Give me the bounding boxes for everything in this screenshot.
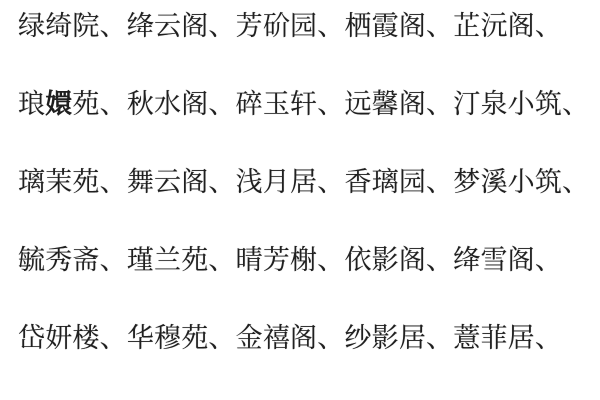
enumeration-comma: 、 [562, 169, 589, 196]
enumeration-comma: 、 [426, 247, 453, 274]
residence-name: 金禧阁 [236, 325, 318, 352]
residence-name: 香璃园 [344, 169, 426, 196]
residence-name: 薏菲居 [453, 325, 535, 352]
enumeration-comma: 、 [208, 247, 235, 274]
residence-name: 芷沅阁 [453, 13, 535, 40]
residence-name: 瑾兰苑 [127, 247, 209, 274]
enumeration-comma: 、 [317, 325, 344, 352]
residence-name-list: 绿绮院、绛云阁、芳砎园、栖霞阁、芷沅阁、琅嬛苑、秋水阁、碎玉轩、远馨阁、汀泉小筑… [18, 0, 594, 377]
enumeration-comma: 、 [100, 325, 127, 352]
enumeration-comma: 、 [426, 13, 453, 40]
enumeration-comma: 、 [317, 169, 344, 196]
residence-name: 琅嬛苑 [18, 91, 100, 118]
residence-name: 舞云阁 [127, 169, 209, 196]
residence-name: 毓秀斋 [18, 247, 100, 274]
enumeration-comma: 、 [208, 13, 235, 40]
enumeration-comma: 、 [100, 13, 127, 40]
enumeration-comma: 、 [208, 169, 235, 196]
residence-name: 华穆苑 [127, 325, 209, 352]
text-line: 岱妍楼、华穆苑、金禧阁、纱影居、薏菲居、 [18, 299, 594, 377]
enumeration-comma: 、 [426, 325, 453, 352]
residence-name: 梦溪小筑 [453, 169, 562, 196]
enumeration-comma: 、 [562, 91, 589, 118]
residence-name: 岱妍楼 [18, 325, 100, 352]
text-line: 毓秀斋、瑾兰苑、晴芳榭、依影阁、绛雪阁、 [18, 221, 594, 299]
enumeration-comma: 、 [535, 13, 562, 40]
residence-name: 纱影居 [344, 325, 426, 352]
enumeration-comma: 、 [535, 247, 562, 274]
residence-name: 碎玉轩 [236, 91, 318, 118]
text-line: 璃茉苑、舞云阁、浅月居、香璃园、梦溪小筑、 [18, 143, 594, 221]
residence-name: 远馨阁 [344, 91, 426, 118]
residence-name: 依影阁 [344, 247, 426, 274]
residence-name: 浅月居 [236, 169, 318, 196]
residence-name: 绛云阁 [127, 13, 209, 40]
enumeration-comma: 、 [535, 325, 562, 352]
enumeration-comma: 、 [208, 325, 235, 352]
enumeration-comma: 、 [100, 247, 127, 274]
residence-name: 栖霞阁 [344, 13, 426, 40]
text-document: 绿绮院、绛云阁、芳砎园、栖霞阁、芷沅阁、琅嬛苑、秋水阁、碎玉轩、远馨阁、汀泉小筑… [0, 0, 600, 400]
enumeration-comma: 、 [100, 169, 127, 196]
enumeration-comma: 、 [426, 169, 453, 196]
residence-name: 晴芳榭 [236, 247, 318, 274]
enumeration-comma: 、 [317, 91, 344, 118]
residence-name: 绛雪阁 [453, 247, 535, 274]
enumeration-comma: 、 [317, 247, 344, 274]
enumeration-comma: 、 [100, 91, 127, 118]
residence-name: 芳砎园 [236, 13, 318, 40]
residence-name: 绿绮院 [18, 13, 100, 40]
text-line: 琅嬛苑、秋水阁、碎玉轩、远馨阁、汀泉小筑、 [18, 65, 594, 143]
text-line: 绿绮院、绛云阁、芳砎园、栖霞阁、芷沅阁、 [18, 0, 594, 65]
enumeration-comma: 、 [208, 91, 235, 118]
residence-name: 璃茉苑 [18, 169, 100, 196]
residence-name: 汀泉小筑 [453, 91, 562, 118]
enumeration-comma: 、 [317, 13, 344, 40]
residence-name: 秋水阁 [127, 91, 209, 118]
enumeration-comma: 、 [426, 91, 453, 118]
